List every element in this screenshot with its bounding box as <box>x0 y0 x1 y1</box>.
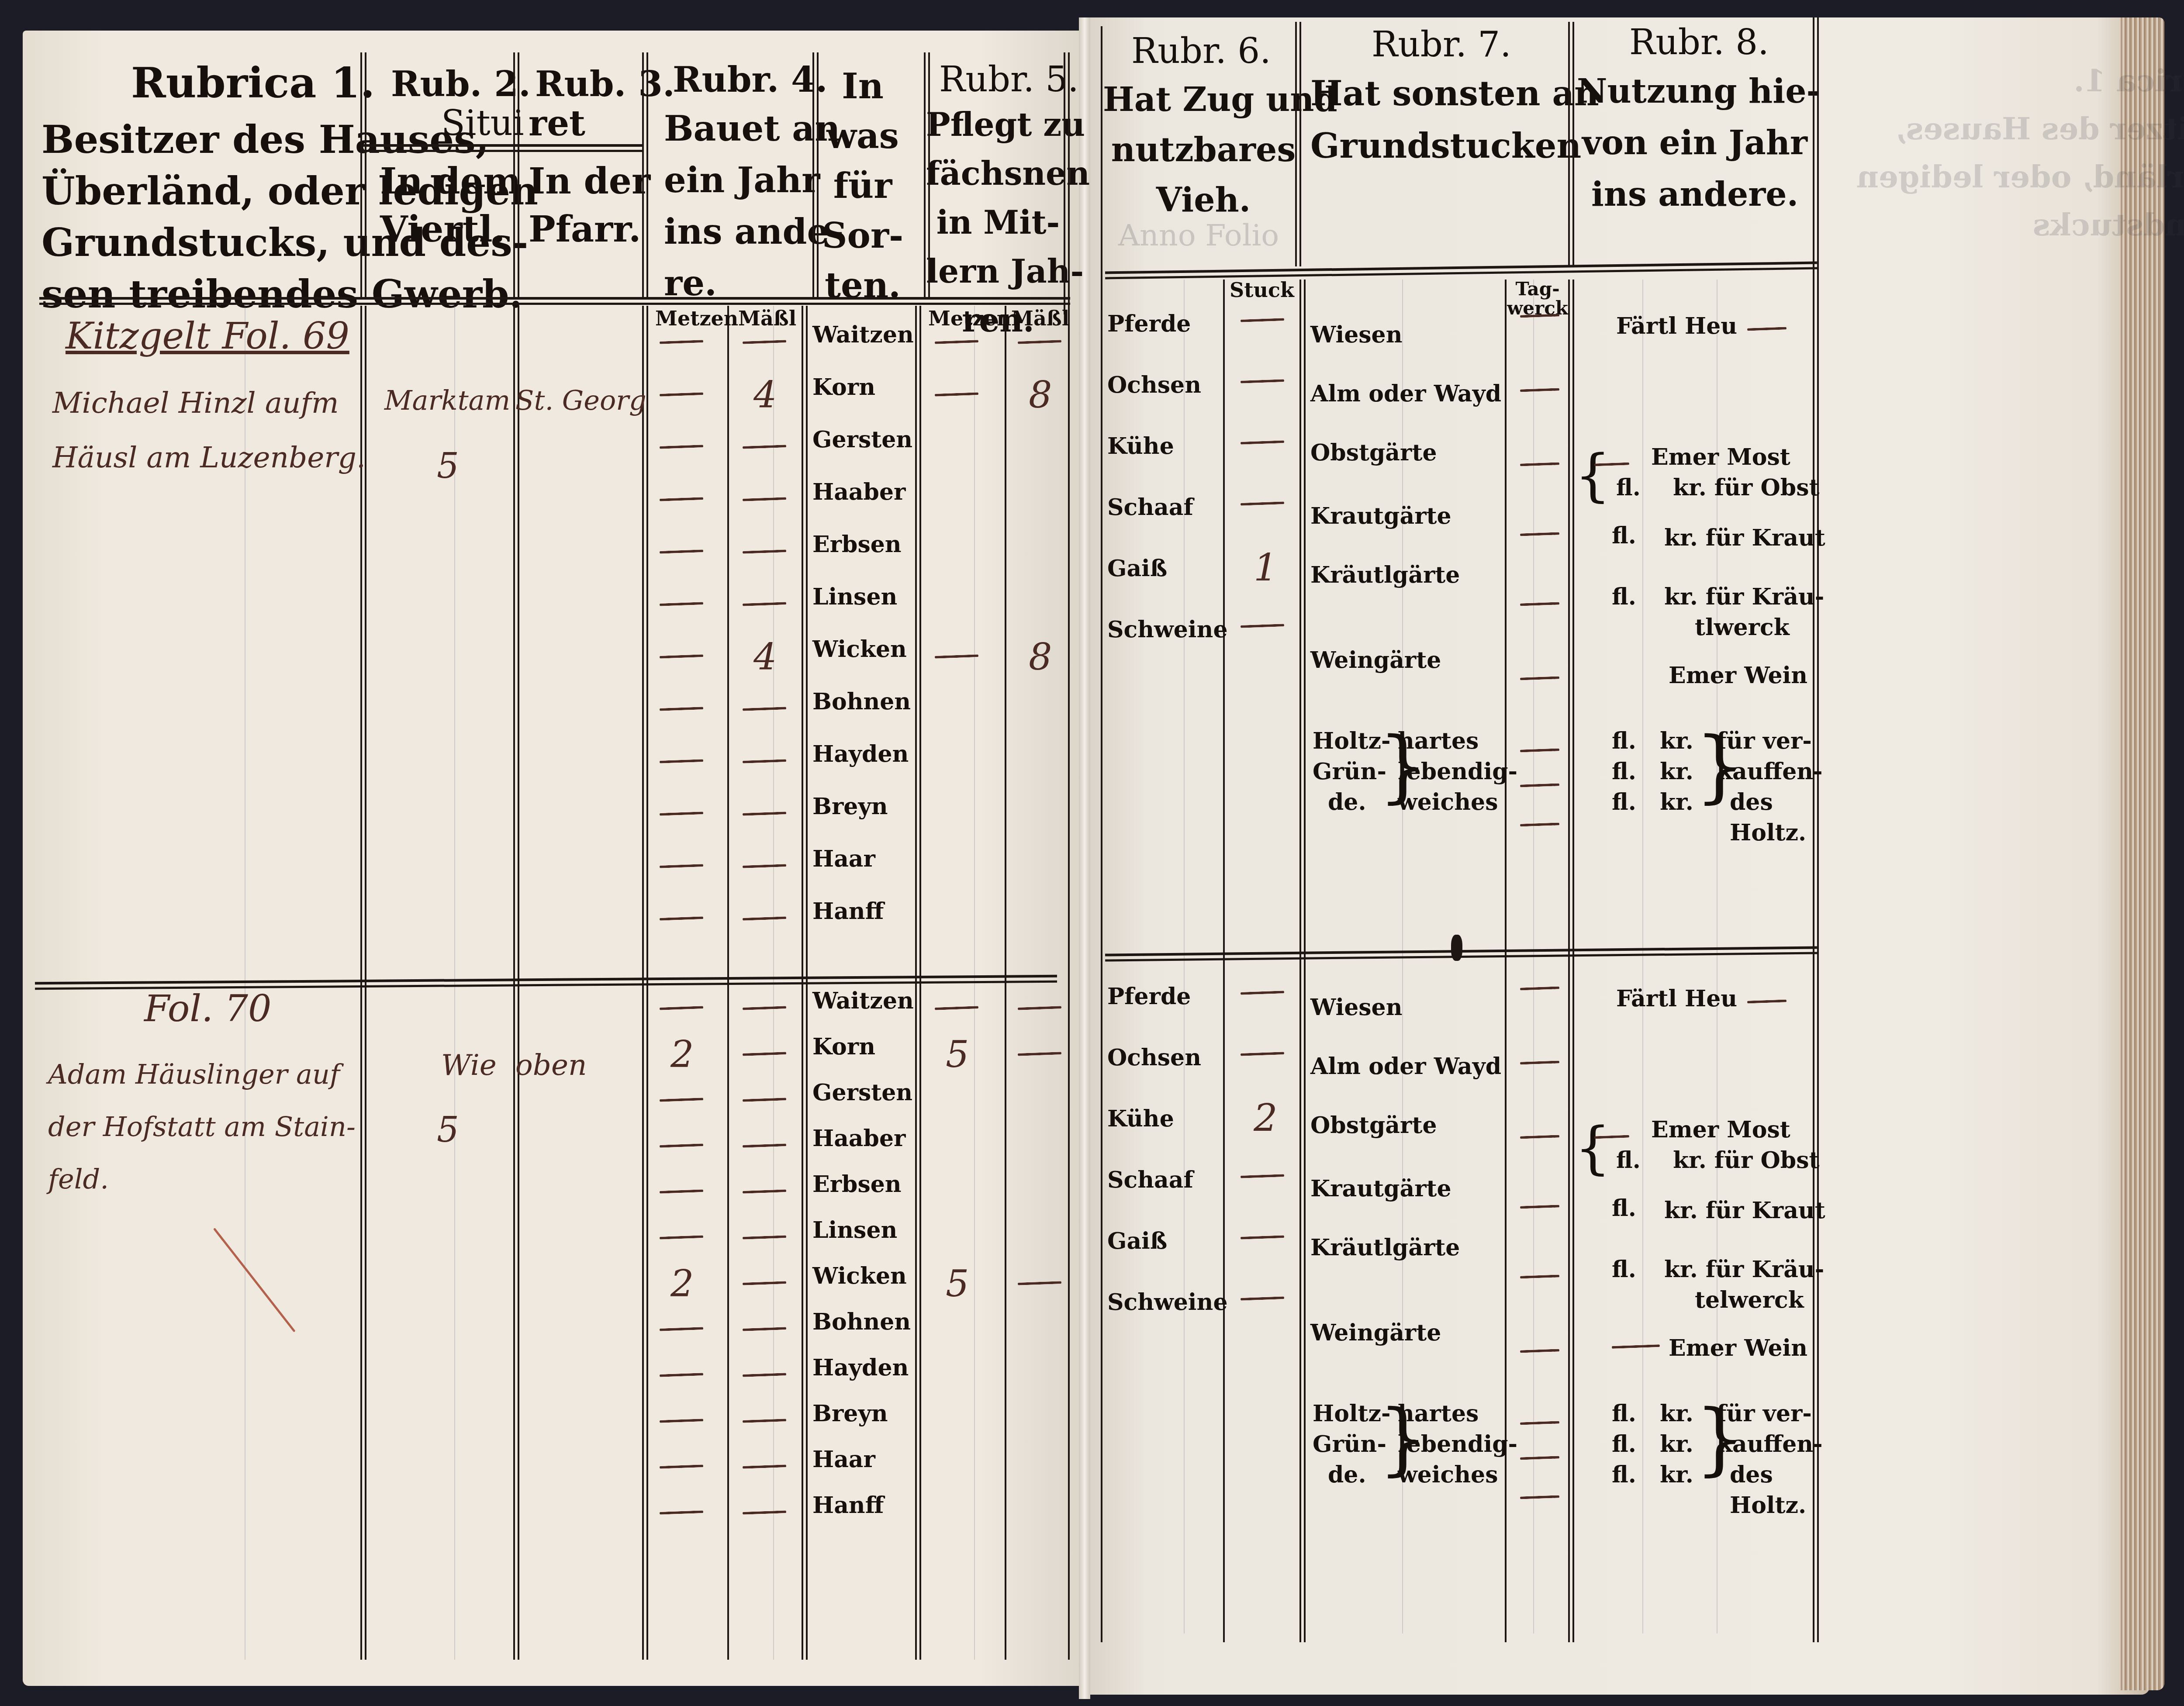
rub3-title: Rub. 3. <box>535 66 675 102</box>
holtz-note: des <box>1730 791 1773 815</box>
column-rule <box>812 52 819 297</box>
rub2-rub3-divider <box>363 144 642 152</box>
grain-cell-value: 5 <box>946 1262 969 1305</box>
crop-label: Haaber <box>812 1127 905 1151</box>
entry1-viertl-number: 5 <box>437 445 459 486</box>
entry2-owner: Adam Häuslinger auf der Hofstatt am Stai… <box>48 1048 356 1205</box>
yield-obst-label: kr. für Obst <box>1673 476 1820 500</box>
column-rule <box>1299 280 1306 1642</box>
rubr6-title: Rubr. 6. <box>1131 33 1271 69</box>
rubr5-line: Pflegt zu <box>926 100 1070 149</box>
holtz-note: des <box>1730 1463 1773 1487</box>
crop-label: Hanff <box>812 900 884 924</box>
rubr4-metzen-subheader: Metzen <box>655 308 738 329</box>
owner-line: feld. <box>48 1153 356 1205</box>
livestock-label: Gaiß <box>1107 1229 1167 1254</box>
rubr5-line: lern Jah- <box>926 247 1070 296</box>
fl-label: fl. <box>1612 1197 1636 1221</box>
fl-label: fl. <box>1612 1258 1636 1282</box>
owner-line: Häusl am Luzenberg. <box>52 430 366 485</box>
rub3-lower: In der Pfarr. <box>529 157 650 253</box>
crop-label: Erbsen <box>812 533 902 557</box>
ink-blot <box>1451 935 1462 961</box>
in-was-line: was <box>821 111 904 161</box>
stuck-value: 1 <box>1254 546 1278 590</box>
yield-most-label: Emer Most <box>1651 445 1790 470</box>
holtz-label: Grün- <box>1313 760 1386 784</box>
crop-label: Haar <box>812 1448 875 1472</box>
fl-label: fl. <box>1612 1402 1636 1426</box>
rubr5-massl-subheader: Mäßl <box>1011 308 1069 329</box>
entry2-viertl-number: 5 <box>437 1109 459 1150</box>
yield-obst-label: kr. für Obst <box>1673 1149 1820 1173</box>
rubr7-description: Hat sonsten an Grundstucken <box>1310 68 1568 173</box>
fl-label: fl. <box>1612 1463 1636 1487</box>
holtz-note: für ver- <box>1717 1402 1812 1426</box>
crop-label: Wicken <box>812 1264 907 1288</box>
tagwerck-subheader: Tag-werck <box>1507 280 1568 318</box>
rub2-upper: Situi <box>441 105 524 142</box>
column-rule <box>1101 26 1102 1642</box>
owner-line: Michael Hinzl aufm <box>52 376 366 430</box>
crop-label: Erbsen <box>812 1173 902 1197</box>
column-rule <box>1813 17 1819 271</box>
crop-label: Korn <box>812 1035 875 1059</box>
in-was-line: In <box>821 61 904 111</box>
crop-label: Hanff <box>812 1494 884 1518</box>
fl-label: fl. <box>1616 1149 1641 1173</box>
holtz-note: Holtz. <box>1730 821 1806 845</box>
land-type-label: Alm oder Wayd <box>1310 1055 1501 1079</box>
yield-wein-label: Emer Wein <box>1669 1336 1807 1361</box>
stuck-subheader: Stuck <box>1230 280 1294 300</box>
rubr8-description: Nutzung hie- von ein Jahr ins andere. <box>1577 66 1813 220</box>
bleed-line: Besitzer des Hauses, <box>1856 105 2184 153</box>
holtz-label: Grün- <box>1313 1433 1386 1457</box>
crop-label: Linsen <box>812 585 897 609</box>
holtz-note: für ver- <box>1717 729 1812 753</box>
yield-kraeutl-label-2: tlwerck <box>1695 616 1790 640</box>
rubr7-line: Hat sonsten an <box>1310 68 1568 120</box>
crop-label: Hayden <box>812 742 909 767</box>
rub3-lower-line: In der <box>529 157 650 205</box>
rubr7-line: Grundstucken <box>1310 120 1568 173</box>
kr-label: kr. <box>1660 1402 1693 1426</box>
grain-cell-value: 8 <box>1029 635 1052 678</box>
rub3-lower-line: Pfarr. <box>529 205 650 253</box>
rub2-lower-line: In dem <box>380 157 521 205</box>
fl-label: fl. <box>1612 791 1636 815</box>
grain-cell-value: 5 <box>946 1033 969 1076</box>
page-edges <box>2121 17 2164 1690</box>
crop-label: Bohnen <box>812 1310 911 1334</box>
in-was-header: In was für Sor- ten. <box>821 61 904 310</box>
rubrica1-line: sen treibendes Gwerb. <box>41 268 538 320</box>
crop-label: Haar <box>812 847 875 871</box>
owner-line: der Hofstatt am Stain- <box>48 1101 356 1153</box>
entry1-folio: Kitzgelt Fol. 69 <box>66 314 349 357</box>
land-type-label: Krautgärte <box>1310 504 1451 528</box>
entry2-pfarr: oben <box>515 1048 587 1082</box>
grain-cell-value: 4 <box>753 635 777 678</box>
fl-label: fl. <box>1612 524 1636 548</box>
land-type-label: Obstgärte <box>1310 441 1437 465</box>
holtz-kind: lebendig- <box>1398 1433 1517 1457</box>
crop-label: Wicken <box>812 638 907 662</box>
bleed-through-anno: Anno Folio <box>1118 218 1279 253</box>
in-was-line: für <box>821 161 904 211</box>
rub3-upper: ret <box>529 105 585 142</box>
stuck-value: 2 <box>1254 1096 1278 1140</box>
livestock-label: Schweine <box>1107 618 1228 642</box>
livestock-label: Schweine <box>1107 1291 1228 1315</box>
grain-cell-value: 2 <box>670 1262 694 1305</box>
livestock-label: Schaaf <box>1107 1168 1193 1192</box>
column-rule <box>1295 22 1301 266</box>
crop-label: Breyn <box>812 1402 888 1426</box>
yield-kraeutl-label-2: telwerck <box>1695 1288 1804 1312</box>
land-type-label: Krautgärte <box>1310 1177 1451 1201</box>
column-rule <box>1568 22 1574 266</box>
grain-cell-value: 2 <box>670 1033 694 1076</box>
rubr4-massl-subheader: Mäßl <box>738 308 796 329</box>
bleed-line: Grundstucks <box>1856 201 2184 249</box>
fl-label: fl. <box>1612 1433 1636 1457</box>
rubr5-metzen-subheader: Metzen <box>928 308 1011 329</box>
yield-most-label: Emer Most <box>1651 1118 1790 1142</box>
rub2-lower-line: Viertl. <box>380 205 521 253</box>
fl-label: fl. <box>1612 729 1636 753</box>
crop-label: Waitzen <box>812 323 914 347</box>
livestock-label: Kühe <box>1107 435 1174 459</box>
livestock-label: Schaaf <box>1107 496 1193 520</box>
rubr8-line: ins andere. <box>1577 169 1813 220</box>
yield-kraeutl-label: kr. für Kräu- <box>1664 585 1824 609</box>
rubr8-line: von ein Jahr <box>1577 117 1813 169</box>
crop-label: Korn <box>812 376 875 400</box>
in-was-line: Sor- <box>821 211 904 260</box>
rubrica1-title: Rubrica 1. <box>131 61 375 105</box>
column-rule <box>360 52 366 297</box>
land-type-label: Weingärte <box>1310 1321 1441 1345</box>
crop-label: Linsen <box>812 1219 897 1243</box>
land-type-label: Kräutlgärte <box>1310 1236 1460 1260</box>
entry1-viertl: Marktam <box>384 384 510 416</box>
holtz-label: de. <box>1328 1463 1366 1487</box>
land-type-label: Wiesen <box>1310 323 1403 347</box>
land-type-label: Wiesen <box>1310 996 1403 1020</box>
crop-label: Breyn <box>812 795 888 819</box>
crop-label: Hayden <box>812 1356 909 1380</box>
grain-cell-value: 4 <box>753 373 777 416</box>
rubr5-title: Rubr. 5. <box>939 61 1079 98</box>
kr-label: kr. <box>1660 791 1693 815</box>
entry2-folio: Fol. 70 <box>144 987 271 1030</box>
yield-wein-label: Emer Wein <box>1669 664 1807 688</box>
kr-label: kr. <box>1660 1433 1693 1457</box>
rubr8-line: Nutzung hie- <box>1577 66 1813 117</box>
livestock-label: Ochsen <box>1107 373 1201 397</box>
rub2-lower: In dem Viertl. <box>380 157 521 253</box>
rub2-title: Rub. 2. <box>391 66 531 102</box>
yield-kraut-label: kr. für Kraut <box>1664 526 1825 550</box>
holtz-note: kauffen- <box>1717 1433 1823 1457</box>
livestock-label: Kühe <box>1107 1107 1174 1131</box>
column-rule <box>1568 280 1574 1642</box>
brace-icon: { <box>1575 1118 1611 1178</box>
rubr8-title: Rubr. 8. <box>1629 24 1769 61</box>
livestock-label: Gaiß <box>1107 557 1167 581</box>
land-type-label: Obstgärte <box>1310 1114 1437 1138</box>
holtz-label: de. <box>1328 791 1366 815</box>
column-rule <box>642 52 648 297</box>
crop-label: Bohnen <box>812 690 911 714</box>
crop-label: Waitzen <box>812 989 914 1013</box>
bleed-line: Überländ, oder ledigen <box>1856 153 2184 201</box>
rubr6-line: Hat Zug und <box>1103 74 1304 124</box>
livestock-label: Pferde <box>1107 312 1191 336</box>
land-type-label: Kräutlgärte <box>1310 563 1460 587</box>
rubr6-description: Hat Zug und nutzbares Vieh. <box>1103 74 1304 225</box>
owner-line: Adam Häuslinger auf <box>48 1048 356 1101</box>
crop-label: Gersten <box>812 1081 912 1105</box>
holtz-kind: hartes <box>1398 1402 1479 1426</box>
land-type-label: Alm oder Wayd <box>1310 382 1501 406</box>
holtz-note: kauffen- <box>1717 760 1823 784</box>
yield-heu-label: Färtl Heu <box>1616 987 1737 1011</box>
fl-label: fl. <box>1616 476 1641 500</box>
rubr6-line: Vieh. <box>1103 175 1304 225</box>
holtz-kind: weiches <box>1398 791 1498 815</box>
yield-heu-label: Färtl Heu <box>1616 314 1737 338</box>
rubr6-line: nutzbares <box>1103 124 1304 175</box>
pencil-guideline <box>1642 280 1643 1633</box>
column-rule <box>1068 306 1070 1660</box>
holtz-kind: hartes <box>1398 729 1479 753</box>
column-rule <box>1223 280 1225 1642</box>
column-rule <box>924 52 930 297</box>
kr-label: kr. <box>1660 760 1693 784</box>
livestock-label: Pferde <box>1107 985 1191 1009</box>
kr-label: kr. <box>1660 1463 1693 1487</box>
bleed-line: Rubrica 1. <box>1856 57 2184 105</box>
land-type-label: Weingärte <box>1310 649 1441 673</box>
rubr5-line: fächsnen <box>926 149 1070 198</box>
entry1-owner: Michael Hinzl aufm Häusl am Luzenberg. <box>52 376 366 485</box>
fl-label: fl. <box>1612 585 1636 609</box>
header-bottom-rule <box>39 297 1070 305</box>
livestock-label: Ochsen <box>1107 1046 1201 1070</box>
yield-kraut-label: kr. für Kraut <box>1664 1199 1825 1223</box>
grain-cell-value: 8 <box>1029 373 1052 416</box>
rubr4-title: Rubr. 4. <box>673 61 828 98</box>
bleed-through-text: Rubrica 1. Besitzer des Hauses, Überländ… <box>1856 57 2184 249</box>
rubr7-title: Rubr. 7. <box>1372 26 1511 63</box>
entry1-pfarr: St. Georg <box>515 384 646 416</box>
column-rule <box>513 52 519 297</box>
holtz-note: Holtz. <box>1730 1494 1806 1518</box>
brace-icon: { <box>1575 445 1611 505</box>
column-rule <box>1064 52 1070 314</box>
holtz-kind: weiches <box>1398 1463 1498 1487</box>
crop-label: Gersten <box>812 428 912 452</box>
fl-label: fl. <box>1612 760 1636 784</box>
rubr5-line: in Mit- <box>926 198 1070 247</box>
entry2-viertl: Wie <box>441 1048 497 1082</box>
crop-label: Haaber <box>812 480 905 504</box>
yield-kraeutl-label: kr. für Kräu- <box>1664 1258 1824 1282</box>
kr-label: kr. <box>1660 729 1693 753</box>
holtz-kind: lebendig- <box>1398 760 1517 784</box>
